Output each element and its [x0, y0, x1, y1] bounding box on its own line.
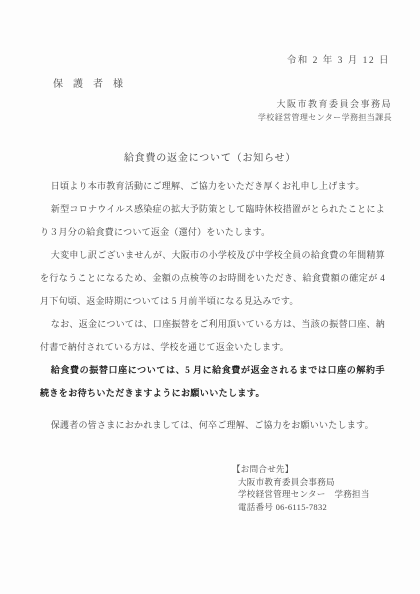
sender-block: 大阪市教育委員会事務局 学校経営管理センター学務担当課長 — [0, 98, 420, 124]
document-date: 令和 2 年 3 月 12 日 — [0, 52, 420, 66]
contact-phone: 電話番号 06-6115-7832 — [232, 501, 420, 514]
contact-block: 【お問合せ先】 大阪市教育委員会事務局 学校経営管理センター 学務担当 電話番号… — [232, 463, 420, 513]
contact-department: 学校経営管理センター 学務担当 — [232, 488, 420, 501]
document-page: 令和 2 年 3 月 12 日 保護者様 大阪市教育委員会事務局 学校経営管理セ… — [0, 0, 420, 594]
paragraph-account-warning: 給食費の振替口座については、5 月に給食費が返金されるまでは口座の解約手続きをお… — [40, 359, 385, 405]
document-title: 給食費の返金について（お知らせ） — [0, 149, 420, 164]
paragraph-closing: 保護者の皆さまにおかれましては、何卒ご理解、ご協力をお願いいたします。 — [40, 414, 385, 437]
paragraph-greeting: 日頃より本市教育活動にご理解、ご協力をいただき厚くお礼申し上げます。 — [40, 175, 385, 198]
contact-organization: 大阪市教育委員会事務局 — [232, 476, 420, 489]
addressee: 保護者様 — [0, 75, 420, 90]
paragraph-refund-method: なお、返金については、口座振替をご利用頂いている方は、当該の振替口座、納付書で納… — [40, 313, 385, 359]
contact-heading: 【お問合せ先】 — [232, 463, 420, 476]
sender-title: 学校経営管理センター学務担当課長 — [0, 111, 392, 124]
paragraph-schedule: 大変申し訳ございませんが、大阪市の小学校及び中学校全員の給食費の年間精算を行なう… — [40, 244, 385, 313]
document-body: 日頃より本市教育活動にご理解、ご協力をいただき厚くお礼申し上げます。 新型コロナ… — [0, 175, 420, 437]
paragraph-refund-notice: 新型コロナウイルス感染症の拡大予防策として臨時休校措置がとられたことにより３月分… — [40, 198, 385, 244]
sender-organization: 大阪市教育委員会事務局 — [0, 98, 392, 111]
